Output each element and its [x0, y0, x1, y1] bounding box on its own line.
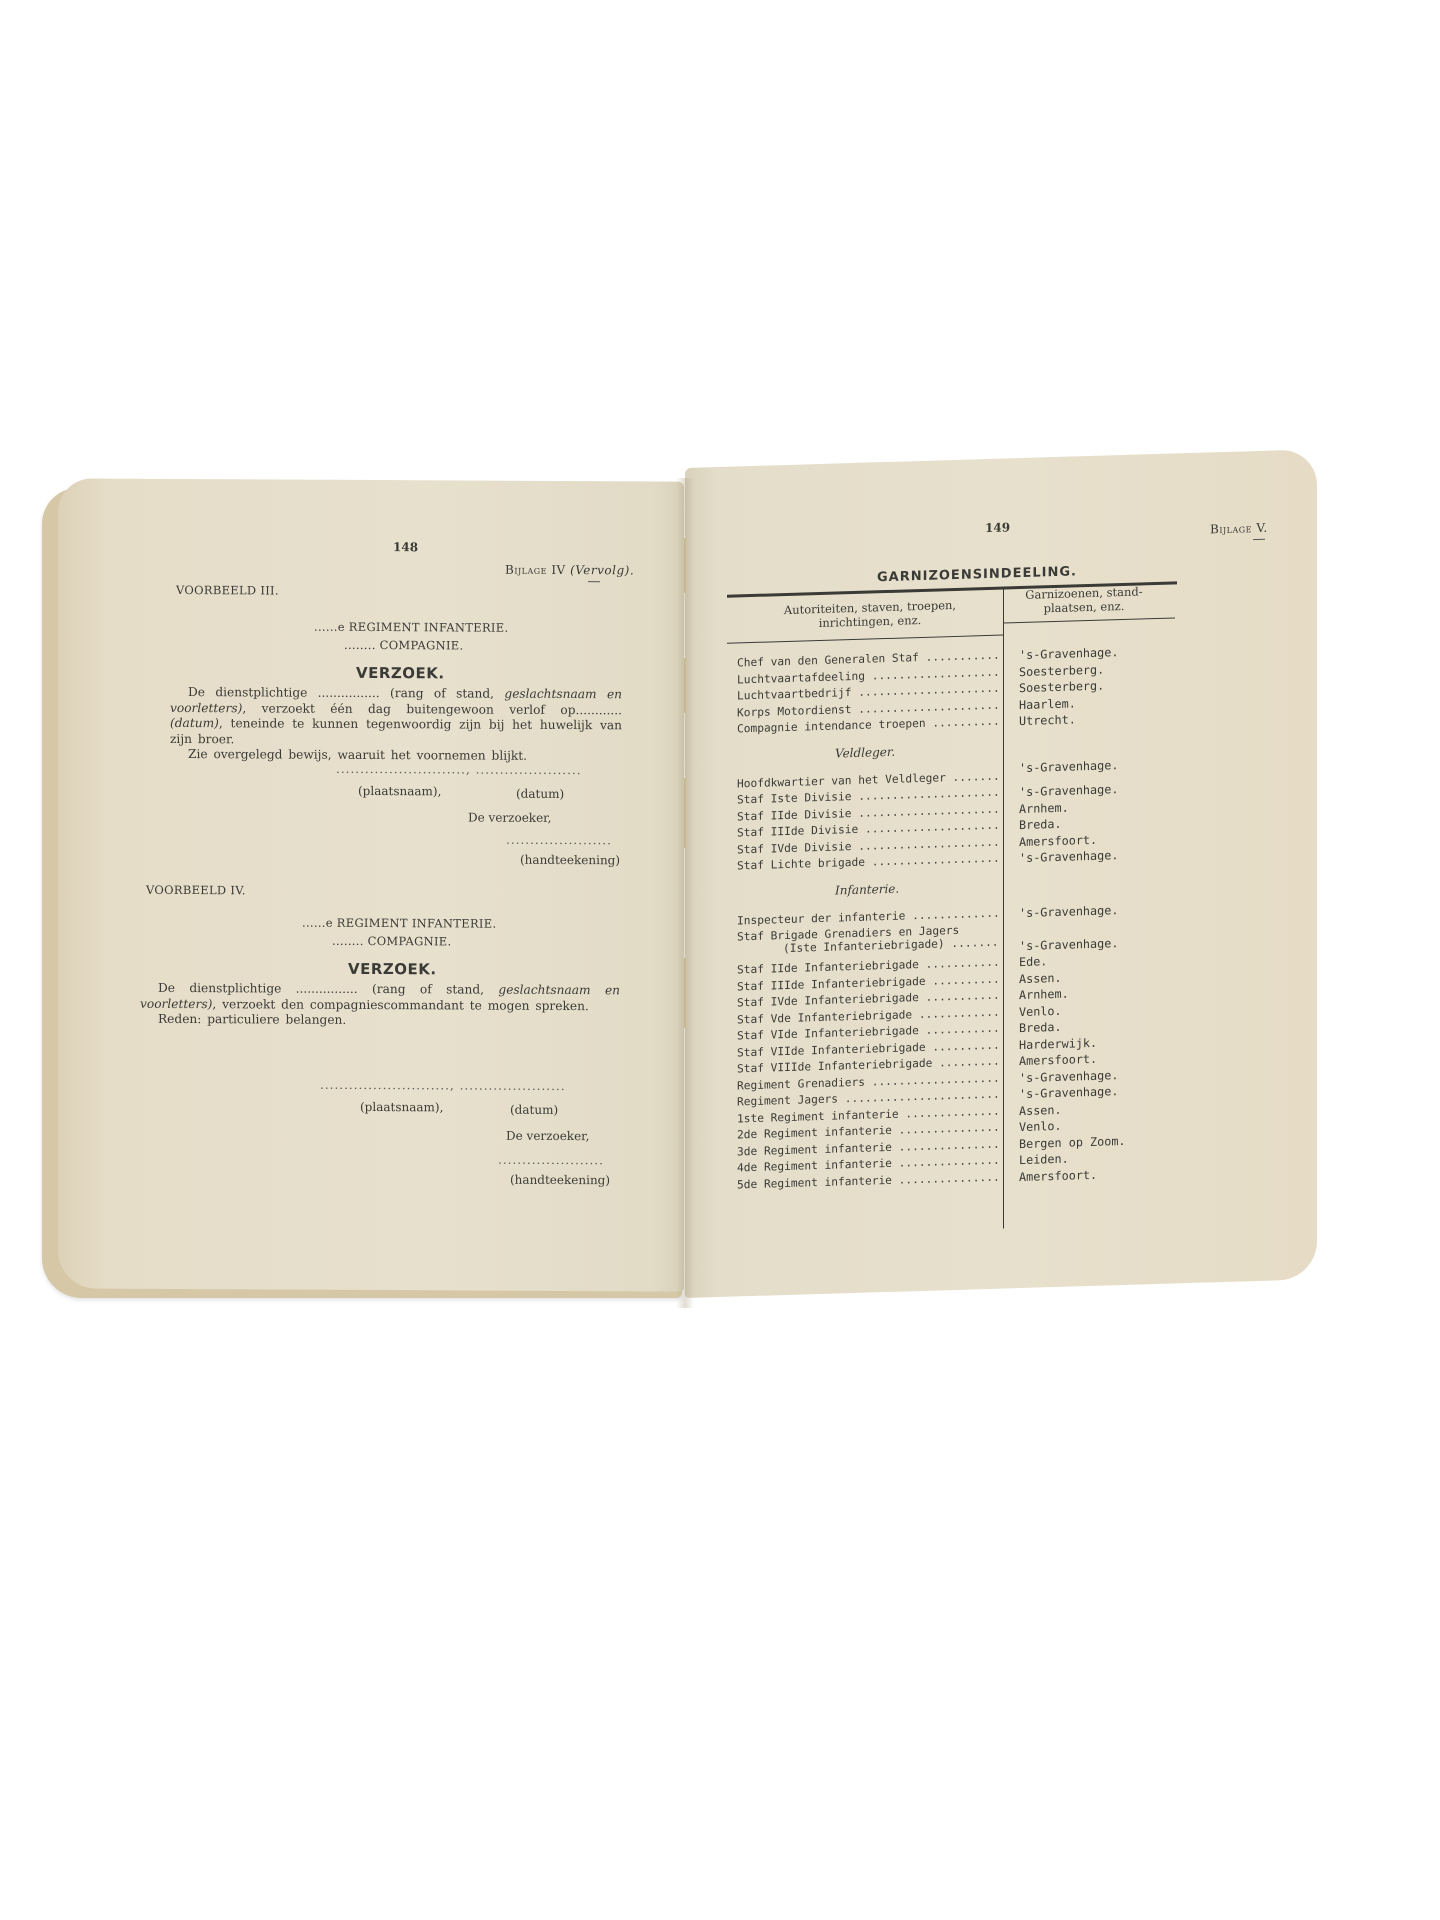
- requester-label: De verzoeker,: [468, 811, 551, 825]
- divider: [588, 581, 600, 582]
- place-label: (plaatsnaam),: [358, 784, 441, 798]
- date-label: (datum): [516, 787, 564, 801]
- table-row-garrison: 's-Gravenhage.: [1019, 848, 1118, 865]
- regiment-line: ......e REGIMENT INFANTERIE.: [302, 916, 496, 931]
- body-italic: (datum): [170, 716, 219, 730]
- table-row-garrison: 's-Gravenhage.: [1019, 645, 1118, 662]
- request-body: De dienstplichtige ................ (ran…: [140, 981, 620, 1030]
- body-text: Reden: particuliere belangen.: [140, 1012, 346, 1027]
- table-row-garrison: Soesterberg.: [1019, 662, 1104, 679]
- table-row-garrison: Amersfoort.: [1019, 1167, 1097, 1183]
- signature-field: ......................: [498, 1153, 604, 1168]
- table-row-garrison: Breda.: [1019, 1020, 1062, 1035]
- page-number: 148: [393, 540, 418, 554]
- section-label: Infanterie.: [835, 881, 899, 897]
- company-line: ........ COMPAGNIE.: [332, 934, 451, 949]
- table-row-garrison: Haarlem.: [1019, 696, 1076, 712]
- table-row-garrison: 's-Gravenhage.: [1019, 782, 1118, 799]
- table-row-garrison: Breda.: [1019, 817, 1062, 832]
- table-row-garrison: 's-Gravenhage.: [1019, 936, 1118, 953]
- column-divider: [1003, 589, 1004, 1229]
- body-text: Zie overgelegd bewijs, waaruit het voorn…: [170, 747, 527, 763]
- section-label: Veldleger.: [835, 744, 895, 760]
- open-booklet: 148 Bijlage IV (Vervolg). VOORBEELD III.…: [40, 468, 1320, 1308]
- table-row-garrison: Assen.: [1019, 1102, 1062, 1117]
- binding-stitch: [684, 538, 686, 593]
- binding-stitch: [684, 778, 686, 848]
- binding-stitch: [684, 658, 686, 713]
- table-row-garrison: Venlo.: [1019, 1003, 1062, 1018]
- body-text: , verzoekt den compagniescommandant te m…: [212, 997, 588, 1013]
- request-heading: VERZOEK.: [356, 664, 445, 682]
- right-page: 149 Bijlage V. GARNIZOENSINDEELING. Auto…: [685, 449, 1317, 1298]
- left-page: 148 Bijlage IV (Vervolg). VOORBEELD III.…: [58, 478, 684, 1291]
- table-row-garrison: Venlo.: [1019, 1119, 1062, 1134]
- table-row-garrison: Bergen op Zoom.: [1019, 1133, 1126, 1150]
- table-row-garrison: Leiden.: [1019, 1152, 1069, 1167]
- table-body: Chef van den Generalen Staf ...........'…: [685, 449, 1317, 468]
- example-title: VOORBEELD IV.: [146, 883, 246, 898]
- running-head-label: Bijlage V.: [1210, 521, 1268, 537]
- date-label: (datum): [510, 1103, 558, 1117]
- example-title: VOORBEELD III.: [176, 583, 279, 598]
- table-row-garrison: 's-Gravenhage.: [1019, 1068, 1118, 1085]
- header-rule-right: [1003, 617, 1175, 623]
- table-row-garrison: Harderwijk.: [1019, 1035, 1097, 1051]
- table-row-garrison: Arnhem.: [1019, 987, 1069, 1002]
- body-text: De dienstplichtige ................ (ran…: [140, 981, 498, 997]
- divider: [1253, 539, 1265, 540]
- table-row-garrison: 's-Gravenhage.: [1019, 758, 1118, 775]
- table-row-garrison: Assen.: [1019, 970, 1062, 985]
- table-row-garrison: Ede.: [1019, 954, 1047, 969]
- header-rule-left: [727, 635, 1003, 644]
- table-row-garrison: Amersfoort.: [1019, 832, 1097, 848]
- running-head-suffix: (Vervolg).: [570, 563, 634, 577]
- body-text: De dienstplichtige ................ (ran…: [170, 685, 504, 701]
- place-label: (plaatsnaam),: [360, 1100, 443, 1114]
- request-heading: VERZOEK.: [348, 960, 437, 978]
- company-line: ........ COMPAGNIE.: [344, 638, 463, 653]
- body-text: , teneinde te kunnen tegenwoordig zijn b…: [170, 716, 622, 746]
- page-number: 149: [985, 520, 1010, 535]
- request-body: De dienstplichtige ................ (ran…: [170, 685, 622, 765]
- table-row-garrison: Amersfoort.: [1019, 1052, 1097, 1068]
- running-head: Bijlage V.: [1210, 521, 1268, 537]
- running-head: Bijlage IV (Vervolg).: [505, 563, 634, 578]
- table-row-garrison: 's-Gravenhage.: [1019, 1084, 1118, 1101]
- signature-label: (handteekening): [510, 1173, 610, 1188]
- regiment-line: ......e REGIMENT INFANTERIE.: [314, 620, 508, 635]
- requester-label: De verzoeker,: [506, 1129, 589, 1143]
- table-row-garrison: Utrecht.: [1019, 712, 1076, 728]
- column-header-authorities: Autoriteiten, staven, troepen, inrichtin…: [745, 597, 995, 632]
- table-row-garrison: Soesterberg.: [1019, 679, 1104, 696]
- running-head-label: Bijlage IV: [505, 563, 566, 577]
- place-date-field: ..........................., ...........…: [336, 762, 582, 777]
- column-header-garrisons: Garnizoenen, stand- plaatsen, enz.: [1009, 584, 1159, 616]
- body-text: , verzoekt één dag buitengewoon verlof o…: [242, 701, 622, 717]
- table-row-garrison: 's-Gravenhage.: [1019, 903, 1118, 920]
- table-title: GARNIZOENSINDEELING.: [877, 564, 1077, 585]
- table-row-label: Staf Brigade Grenadiers en Jagers(Iste I…: [737, 923, 999, 957]
- table-row-garrison: Arnhem.: [1019, 800, 1069, 815]
- binding-stitch: [684, 958, 686, 1028]
- signature-field: ......................: [506, 833, 612, 848]
- signature-label: (handteekening): [520, 853, 620, 868]
- book-spine: [676, 478, 694, 1308]
- place-date-field: ..........................., ...........…: [320, 1078, 566, 1093]
